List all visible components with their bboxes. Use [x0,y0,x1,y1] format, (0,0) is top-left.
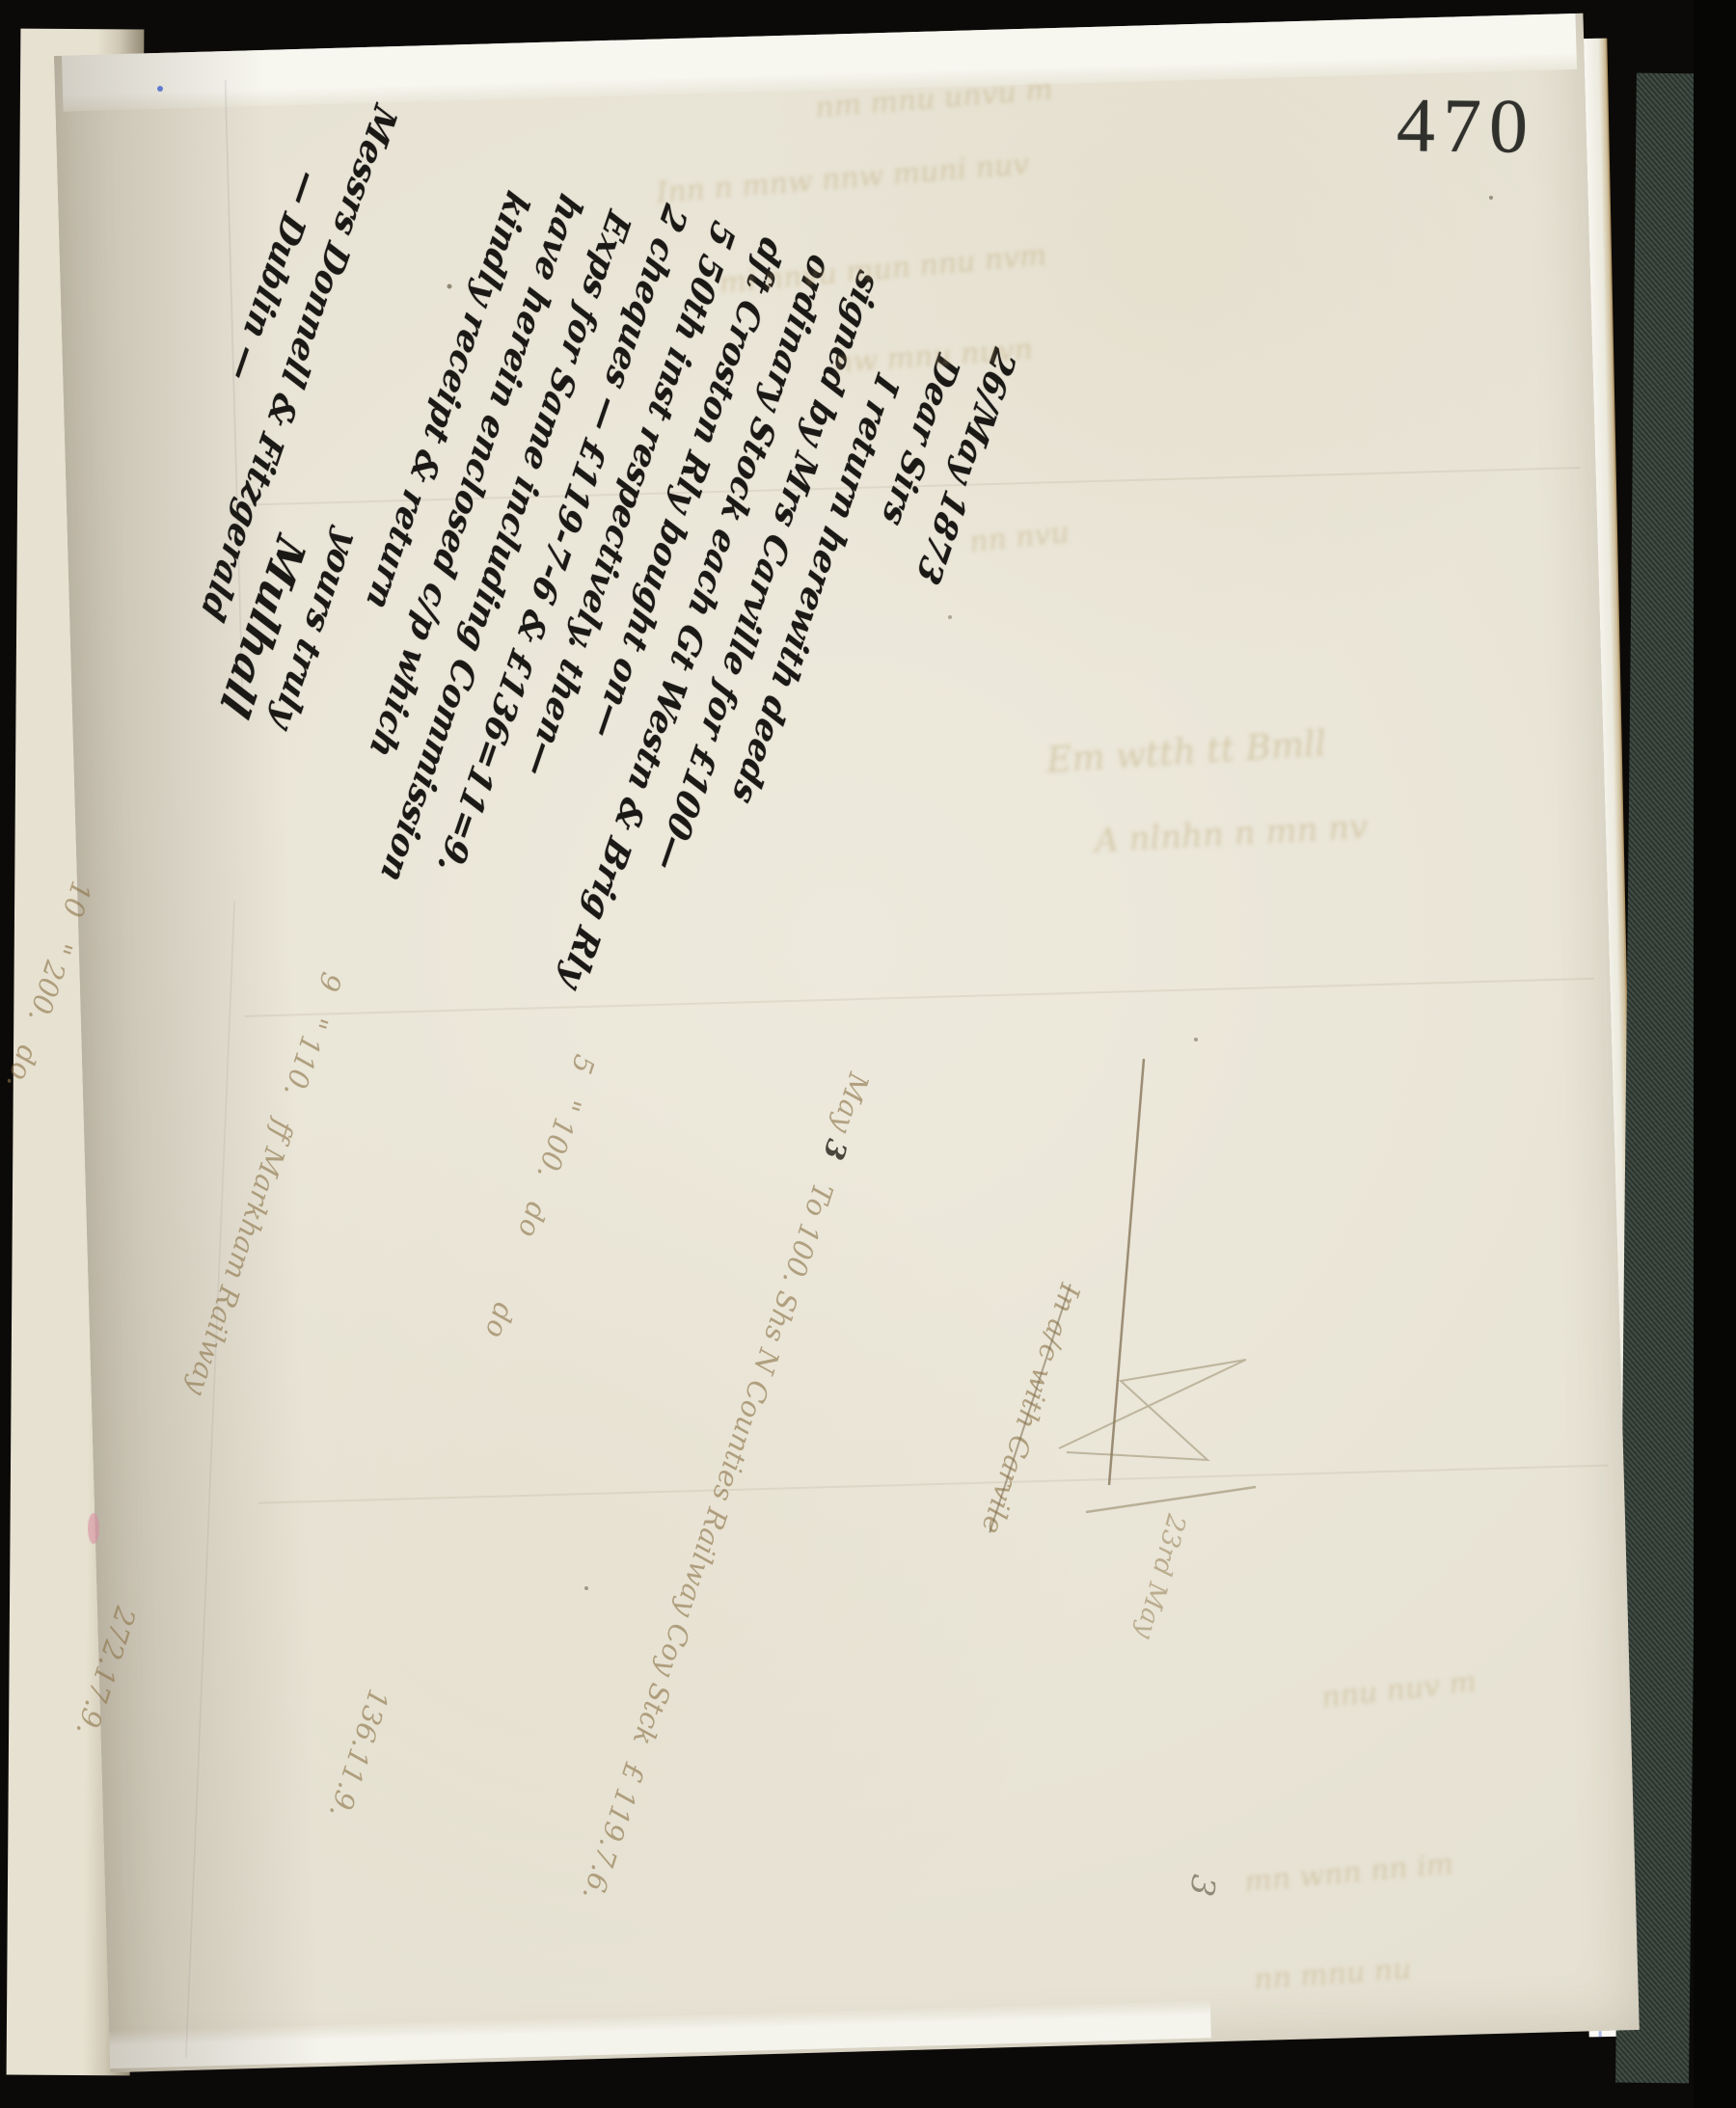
ink-speck [1194,1038,1198,1041]
ink-layer: 470 26/May 1873 Dear Sirs I return herew… [0,0,1736,2108]
pink-mark [88,1513,99,1544]
pencil-scribble [1059,1360,1246,1460]
ink-speck [584,1586,588,1590]
blue-fleck [157,86,163,92]
ink-speck [448,284,452,289]
ink-speck [948,615,952,619]
pencil-marks [0,0,1736,2108]
photograph-backdrop: 470 26/May 1873 Dear Sirs I return herew… [0,0,1736,2108]
ink-speck [1489,196,1493,200]
pencil-underline [1086,1487,1256,1512]
